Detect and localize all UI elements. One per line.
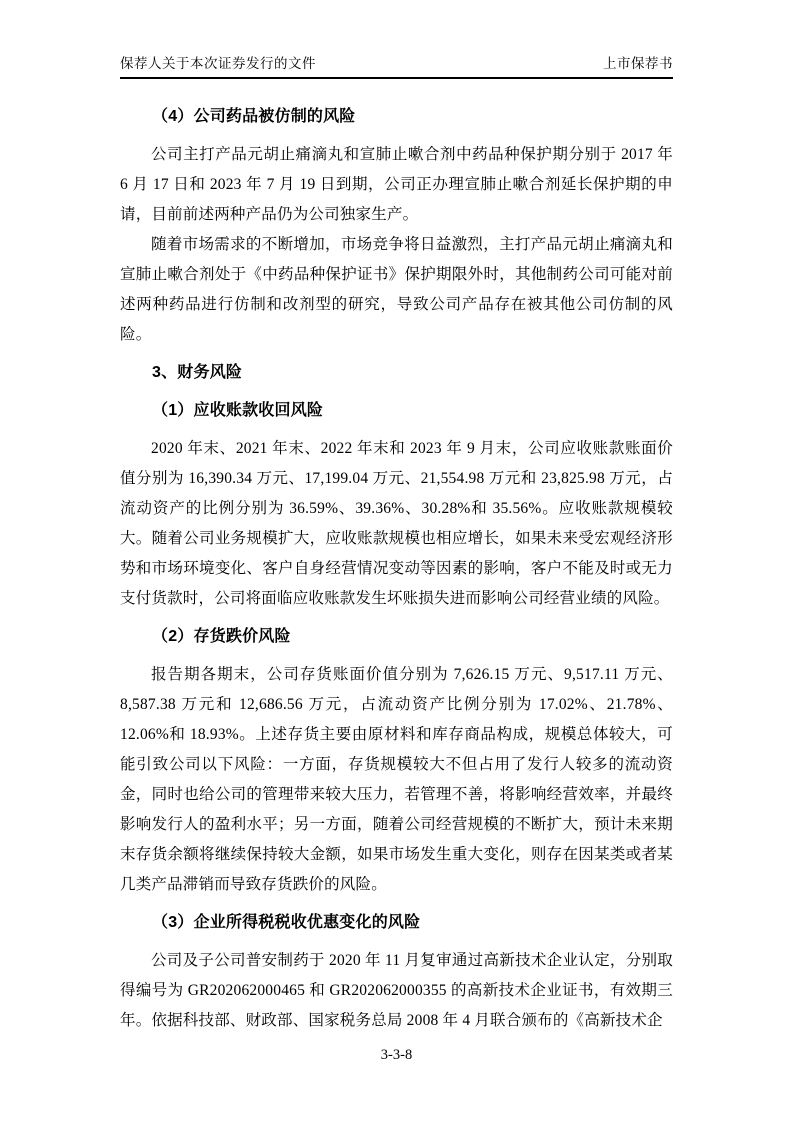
section-heading-drug-imitation-risk: （4）公司药品被仿制的风险	[120, 102, 673, 132]
page-number: 3-3-8	[381, 1047, 412, 1063]
header-left-text: 保荐人关于本次证券发行的文件	[120, 52, 316, 72]
section-heading-financial-risk: 3、财务风险	[120, 358, 673, 388]
paragraph-market-competition: 随着市场需求的不断增加，市场竞争将日益激烈，主打产品元胡止痛滴丸和宣肺止嗽合剂处…	[120, 230, 673, 350]
section-heading-tax-preference-risk: （3）企业所得税税收优惠变化的风险	[120, 908, 673, 938]
page-footer: 3-3-8	[0, 1047, 793, 1064]
page-header: 保荐人关于本次证券发行的文件 上市保荐书	[120, 52, 673, 79]
document-page: 保荐人关于本次证券发行的文件 上市保荐书 （4）公司药品被仿制的风险 公司主打产…	[0, 0, 793, 1122]
paragraph-drug-protection-expiry: 公司主打产品元胡止痛滴丸和宣肺止嗽合剂中药品种保护期分别于 2017 年 6 月…	[120, 140, 673, 230]
document-body: （4）公司药品被仿制的风险 公司主打产品元胡止痛滴丸和宣肺止嗽合剂中药品种保护期…	[120, 94, 673, 1036]
paragraph-receivables-detail: 2020 年末、2021 年末、2022 年末和 2023 年 9 月末，公司应…	[120, 434, 673, 614]
paragraph-tax-preference-detail: 公司及子公司普安制药于 2020 年 11 月复审通过高新技术企业认定，分别取得…	[120, 946, 673, 1036]
section-heading-inventory-risk: （2）存货跌价风险	[120, 622, 673, 652]
header-right-text: 上市保荐书	[603, 52, 673, 72]
section-heading-receivables-risk: （1）应收账款收回风险	[120, 396, 673, 426]
paragraph-inventory-detail: 报告期各期末，公司存货账面价值分别为 7,626.15 万元、9,517.11 …	[120, 660, 673, 900]
